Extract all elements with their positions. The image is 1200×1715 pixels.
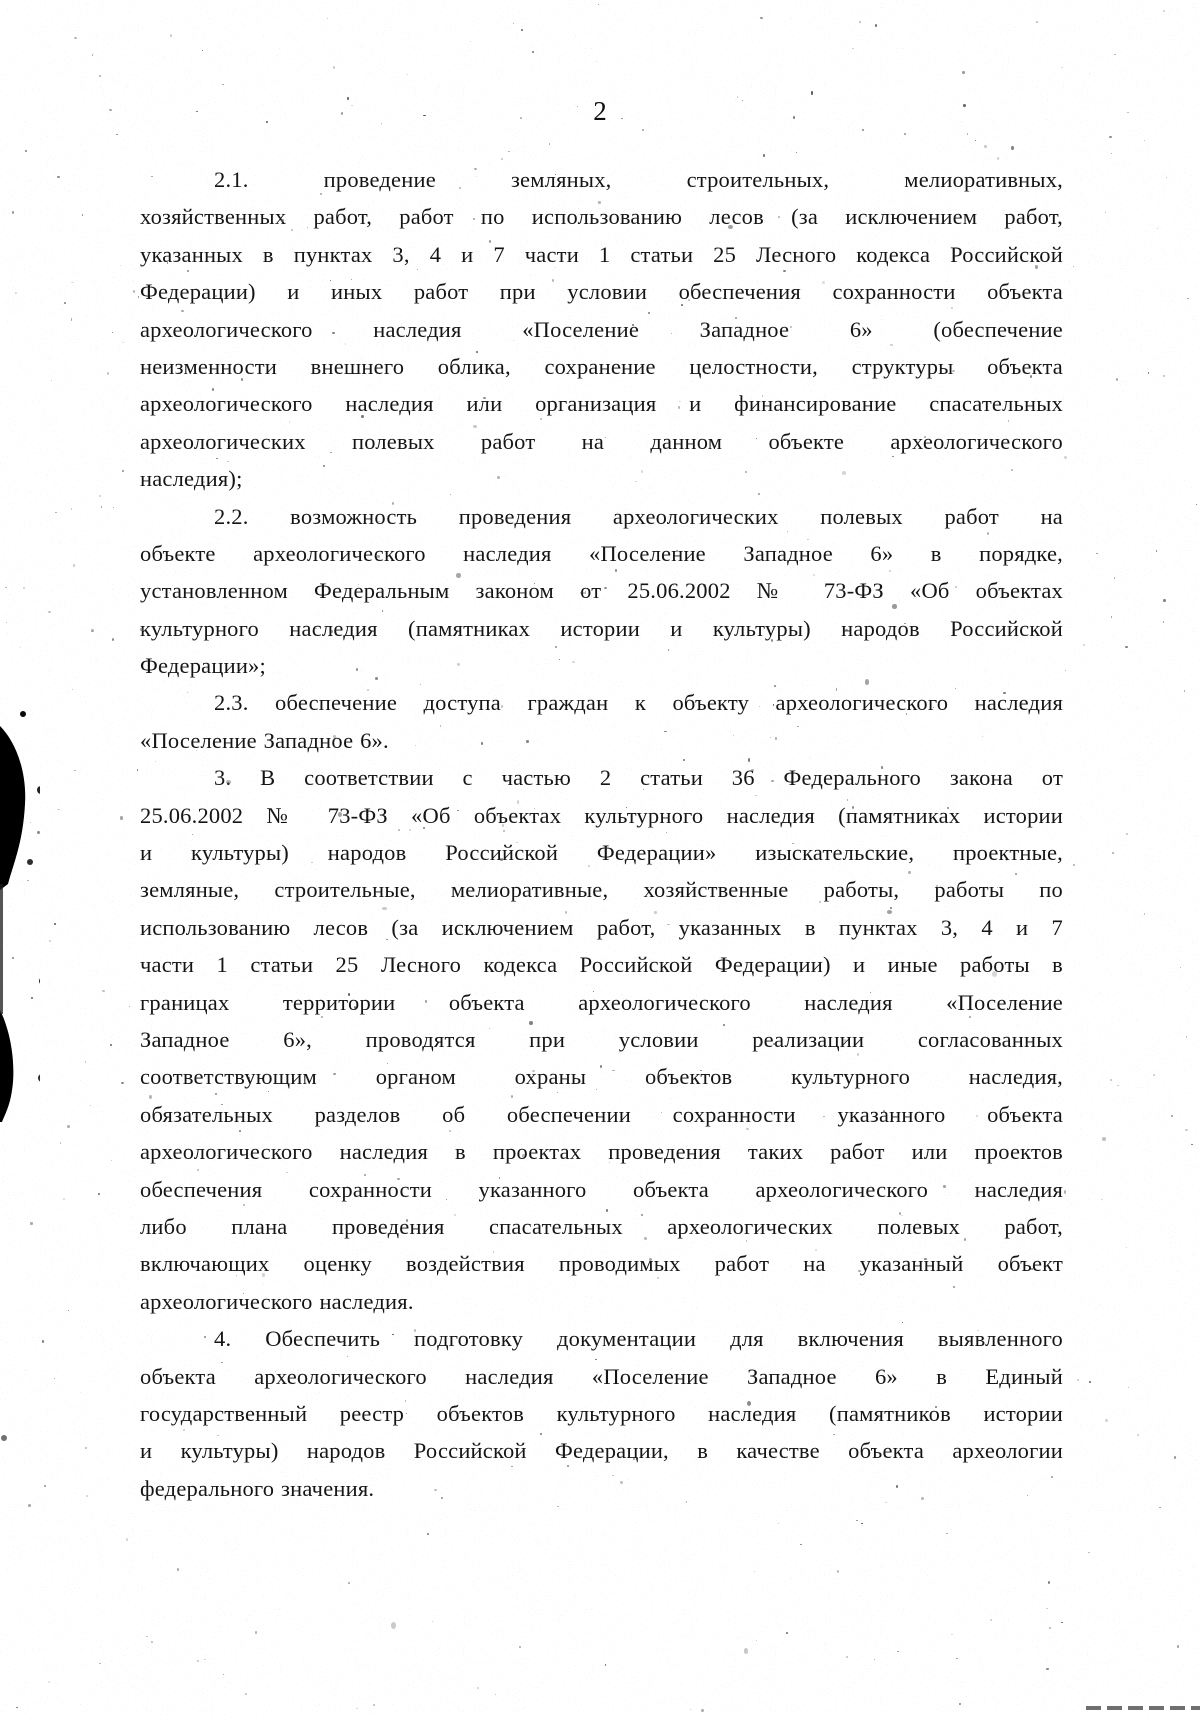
text-line: 25.06.2002 № 73-ФЗ «Об объектах культурн… — [140, 797, 1063, 834]
speck — [856, 1520, 858, 1521]
speck — [202, 50, 203, 51]
speck — [598, 4, 599, 5]
speck — [859, 21, 861, 23]
speck — [1061, 67, 1063, 68]
speck — [71, 318, 73, 320]
speck — [519, 1646, 521, 1648]
speck — [1112, 852, 1114, 854]
speck — [1064, 1190, 1067, 1193]
speck — [48, 611, 51, 613]
speck — [86, 1495, 87, 1497]
speck — [1065, 670, 1066, 671]
text-line: неизменности внешнего облика, сохранение… — [140, 348, 1063, 385]
speck — [112, 332, 113, 334]
speck — [946, 1533, 947, 1534]
speck — [122, 342, 124, 343]
speck — [1126, 1247, 1127, 1248]
speck — [373, 1704, 375, 1706]
speck — [54, 923, 56, 925]
speck — [68, 1310, 70, 1311]
text-line: федерального значения. — [140, 1470, 1063, 1507]
text-line: указанных в пунктах 3, 4 и 7 части 1 ста… — [140, 236, 1063, 273]
speck — [391, 1622, 396, 1629]
speck — [432, 1621, 433, 1623]
speck — [1117, 1085, 1119, 1086]
text-line: объекта археологического наследия «Посел… — [140, 1358, 1063, 1395]
speck — [133, 290, 135, 293]
paragraph-2.3: 2.3. обеспечение доступа граждан к объек… — [140, 684, 1063, 759]
speck — [1116, 378, 1119, 381]
speck — [20, 647, 21, 648]
speck — [1089, 1381, 1091, 1383]
speck — [862, 129, 864, 131]
speck — [1114, 54, 1116, 55]
scan-artifact-sliver — [0, 884, 3, 1014]
text-line: обеспечения сохранности указанного объек… — [140, 1171, 1063, 1208]
speck — [137, 769, 139, 771]
text-line: археологического наследия. — [140, 1283, 1063, 1320]
speck — [1125, 646, 1127, 648]
speck — [744, 1648, 748, 1653]
speck — [129, 1006, 130, 1008]
speck — [222, 84, 224, 85]
speck — [1137, 1434, 1139, 1436]
speck — [102, 990, 104, 992]
speck — [67, 1125, 69, 1127]
speck — [1191, 1144, 1192, 1145]
speck — [28, 1504, 32, 1507]
speck — [1102, 1137, 1106, 1141]
speck — [71, 282, 74, 284]
speck — [177, 1568, 179, 1571]
speck — [64, 302, 66, 304]
speck — [1073, 864, 1075, 865]
speck — [532, 51, 534, 53]
speck — [1185, 1129, 1188, 1131]
text-line: и культуры) народов Российской Федерации… — [140, 834, 1063, 871]
text-line: «Поселение Западное 6». — [140, 722, 1063, 759]
text-line: земляные, строительные, мелиоративные, х… — [140, 871, 1063, 908]
speck — [1186, 1036, 1187, 1038]
speck — [778, 1523, 779, 1524]
speck — [25, 150, 27, 152]
speck — [1088, 1552, 1090, 1553]
speck — [99, 495, 101, 497]
text-line: археологического наследия «Поселение Зап… — [140, 311, 1063, 348]
speck — [1177, 1645, 1179, 1647]
speck — [1096, 553, 1098, 554]
speck — [837, 1570, 840, 1573]
speck — [756, 1640, 757, 1641]
speck — [6, 622, 8, 623]
speck — [1109, 136, 1111, 139]
speck — [1163, 375, 1165, 377]
speck — [1163, 10, 1165, 13]
speck — [796, 152, 797, 153]
speck — [90, 1105, 91, 1106]
speck — [85, 1447, 87, 1450]
paragraph-4: 4. Обеспечить подготовку документации дл… — [140, 1320, 1063, 1507]
speck — [897, 1651, 898, 1652]
speck — [959, 1703, 961, 1704]
speck — [60, 1142, 61, 1143]
speck — [690, 1709, 691, 1711]
speck — [51, 380, 52, 381]
speck — [1156, 550, 1157, 551]
speck — [1163, 599, 1165, 602]
speck — [984, 145, 986, 148]
text-line: Федерации) и иных работ при условии обес… — [140, 273, 1063, 310]
text-line: археологических полевых работ на данном … — [140, 423, 1063, 460]
speck — [1196, 504, 1197, 505]
speck — [146, 1636, 148, 1637]
speck — [327, 18, 329, 19]
text-line: 2.2. возможность проведения археологичес… — [140, 498, 1063, 535]
speck — [501, 158, 503, 161]
text-line: обязательных разделов об обеспечении сох… — [140, 1096, 1063, 1133]
speck — [1110, 1079, 1112, 1081]
speck — [27, 880, 28, 882]
text-line: включающих оценку воздействия проводимых… — [140, 1245, 1063, 1282]
speck — [37, 831, 40, 834]
text-line: использованию лесов (за исключением рабо… — [140, 909, 1063, 946]
speck — [763, 154, 765, 156]
speck — [72, 689, 73, 690]
speck — [82, 214, 83, 216]
speck — [1114, 577, 1115, 578]
speck — [30, 822, 31, 823]
text-line: хозяйственных работ, работ по использова… — [140, 198, 1063, 235]
speck — [31, 997, 33, 998]
speck — [49, 940, 51, 942]
text-line: 3. В соответствии с частью 2 статьи 36 Ф… — [140, 759, 1063, 796]
speck — [57, 809, 59, 810]
speck — [113, 507, 114, 508]
speck — [513, 23, 514, 24]
speck — [57, 176, 59, 178]
speck — [1083, 644, 1085, 646]
speck — [1089, 73, 1091, 74]
speck — [1128, 1387, 1129, 1388]
speck — [1174, 1456, 1177, 1458]
speck — [107, 372, 109, 374]
speck — [333, 66, 336, 69]
speck — [1171, 1115, 1173, 1117]
speck — [951, 1634, 953, 1635]
speck — [255, 1631, 257, 1633]
speck — [99, 1663, 101, 1664]
speck — [642, 129, 644, 131]
scan-artifact-bottom-dashes — [1086, 1706, 1200, 1710]
speck — [348, 1582, 351, 1584]
speck — [1036, 21, 1038, 23]
speck — [875, 24, 877, 26]
text-line: археологического наследия или организаци… — [140, 385, 1063, 422]
speck — [1073, 266, 1074, 267]
speck — [549, 143, 550, 144]
speck — [245, 1693, 246, 1695]
speck — [99, 75, 101, 77]
speck — [74, 770, 76, 772]
speck — [760, 17, 762, 19]
speck — [1163, 621, 1164, 623]
speck — [495, 1694, 496, 1695]
speck — [427, 1533, 429, 1535]
speck — [1180, 967, 1181, 968]
speck — [120, 816, 123, 820]
speck — [1157, 228, 1159, 229]
paragraph-3: 3. В соответствии с частью 2 статьи 36 Ф… — [140, 759, 1063, 1320]
speck — [16, 1707, 18, 1708]
speck — [1105, 212, 1106, 213]
speck — [1101, 1199, 1103, 1201]
speck — [112, 638, 114, 641]
text-line: объекте археологического наследия «Посел… — [140, 535, 1063, 572]
speck — [962, 71, 965, 74]
speck — [92, 54, 93, 56]
speck — [1153, 1074, 1155, 1076]
speck — [122, 470, 124, 472]
speck — [956, 1658, 957, 1660]
speck — [116, 134, 118, 135]
text-line: 2.1. проведение земляных, строительных, … — [140, 161, 1063, 198]
speck — [101, 506, 103, 508]
speck — [786, 1632, 788, 1633]
speck — [605, 1664, 606, 1666]
speck — [1111, 153, 1112, 154]
paragraph-2.1: 2.1. проведение земляных, строительных, … — [140, 161, 1063, 498]
speck — [1126, 833, 1128, 834]
text-line: либо плана проведения спасательных архео… — [140, 1208, 1063, 1245]
speck — [1166, 177, 1167, 179]
text-line: и культуры) народов Российской Федерации… — [140, 1432, 1063, 1469]
speck — [1048, 1581, 1050, 1583]
speck — [204, 1659, 206, 1660]
speck — [44, 1485, 46, 1487]
speck — [1061, 1622, 1063, 1624]
speck — [5, 587, 7, 588]
speck — [98, 1193, 100, 1195]
speck — [12, 957, 14, 959]
text-line: 2.3. обеспечение доступа граждан к объек… — [140, 684, 1063, 721]
speck — [846, 1656, 848, 1658]
text-line: 4. Обеспечить подготовку документации дл… — [140, 1320, 1063, 1357]
speck — [1011, 146, 1014, 149]
speck — [110, 1044, 112, 1047]
speck — [1105, 1419, 1108, 1422]
speck — [754, 1571, 755, 1572]
text-block: 2.1. проведение земляных, строительных, … — [140, 161, 1063, 1507]
speck — [1077, 1379, 1079, 1380]
speck — [477, 1687, 479, 1689]
speck — [120, 265, 121, 266]
text-line: археологического наследия в проектах про… — [140, 1133, 1063, 1170]
speck — [1184, 690, 1185, 691]
speck — [701, 1709, 703, 1712]
paragraph-2.2: 2.2. возможность проведения археологичес… — [140, 498, 1063, 685]
speck — [138, 296, 139, 298]
speck — [223, 1674, 224, 1675]
speck — [596, 61, 598, 63]
speck — [1046, 1668, 1049, 1671]
speck — [197, 1660, 199, 1662]
page-number: 2 — [0, 96, 1200, 126]
speck — [1159, 1507, 1161, 1508]
speck — [170, 34, 173, 36]
speck — [1046, 1608, 1047, 1609]
speck — [407, 74, 408, 75]
speck — [852, 48, 854, 50]
text-line: культурного наследия (памятниках истории… — [140, 610, 1063, 647]
speck — [71, 508, 72, 510]
text-line: государственный реестр объектов культурн… — [140, 1395, 1063, 1432]
speck — [967, 133, 969, 135]
speck — [55, 512, 56, 513]
text-line: части 1 статьи 25 Лесного кодекса Россий… — [140, 946, 1063, 983]
speck — [74, 37, 76, 40]
speck — [975, 140, 976, 141]
speck — [48, 1681, 50, 1683]
speck — [521, 29, 523, 31]
speck — [1064, 456, 1066, 459]
speck — [800, 1544, 802, 1545]
speck — [121, 1082, 124, 1084]
speck — [73, 564, 75, 567]
speck — [42, 1340, 44, 1342]
speck — [126, 1538, 128, 1541]
speck — [1144, 140, 1145, 141]
speck — [1148, 372, 1149, 374]
speck — [151, 1641, 153, 1643]
speck — [861, 1523, 862, 1524]
scanned-document-page: 2 2.1. проведение земляных, строительных… — [0, 0, 1200, 1715]
speck — [85, 1061, 86, 1063]
speck — [30, 1222, 33, 1224]
speck — [1111, 616, 1113, 618]
speck — [874, 1659, 876, 1660]
text-line: Федерации»; — [140, 647, 1063, 684]
speck — [356, 1708, 357, 1709]
speck — [63, 1198, 65, 1200]
text-line: наследия); — [140, 460, 1063, 497]
speck — [990, 1619, 992, 1621]
speck — [508, 151, 509, 152]
speck — [12, 211, 15, 214]
speck — [1049, 1627, 1051, 1629]
text-line: установленном Федеральным законом от 25.… — [140, 572, 1063, 609]
scan-artifact-left-edge — [0, 0, 40, 1715]
speck — [1144, 913, 1145, 914]
speck — [470, 41, 471, 42]
text-line: Западное 6», проводятся при условии реал… — [140, 1021, 1063, 1058]
text-line: соответствующим органом охраны объектов … — [140, 1058, 1063, 1095]
speck — [23, 587, 25, 589]
speck — [15, 292, 17, 294]
speck — [91, 629, 95, 632]
speck — [111, 1160, 113, 1161]
speck — [997, 157, 999, 160]
speck — [811, 91, 813, 94]
speck — [1187, 298, 1189, 299]
text-line: границах территории объекта археологичес… — [140, 984, 1063, 1021]
speck — [91, 631, 93, 632]
speck — [904, 133, 906, 135]
speck — [54, 1378, 55, 1380]
